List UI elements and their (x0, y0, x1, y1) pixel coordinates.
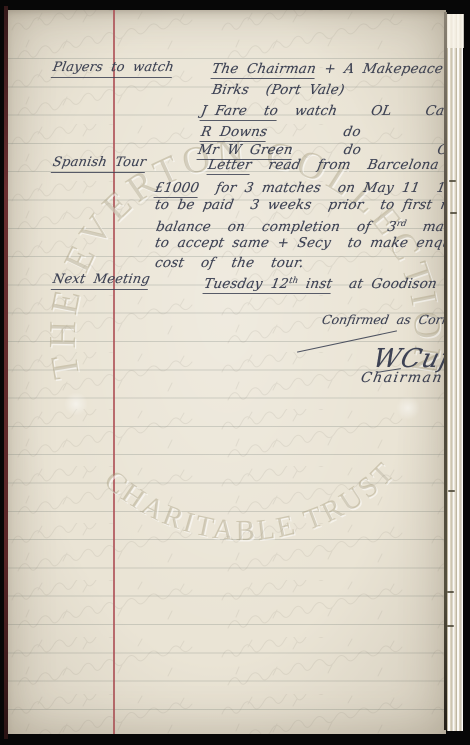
fore-edge-mark (449, 180, 456, 182)
line-text: Tuesday 12 (203, 276, 290, 292)
photo-background: { "watermark": { "arc_top": "THE EVERTON… (0, 0, 470, 745)
paper-blemish (64, 392, 88, 416)
fore-edge-mark (450, 212, 457, 214)
book-fore-edge-top (447, 14, 464, 48)
chairman-title: Chairman (317, 354, 446, 402)
line-text: inst (296, 276, 333, 292)
line-text: at Goodison Park at 6-30pm (331, 276, 446, 292)
underlined-text: Tuesday 12th inst (203, 276, 334, 294)
line-text: Chairman (360, 370, 445, 386)
fore-edge-mark (447, 591, 454, 593)
fore-edge-mark (447, 625, 454, 627)
ledger-page: THE EVERTON COLLECTION CHARITABLE TRUST … (8, 10, 446, 734)
margin-heading-text: Players to watch (51, 60, 175, 78)
margin-heading-players-to-watch: Players to watch (15, 44, 178, 94)
fore-edge-mark (448, 490, 455, 492)
book-fore-edge (447, 14, 463, 731)
